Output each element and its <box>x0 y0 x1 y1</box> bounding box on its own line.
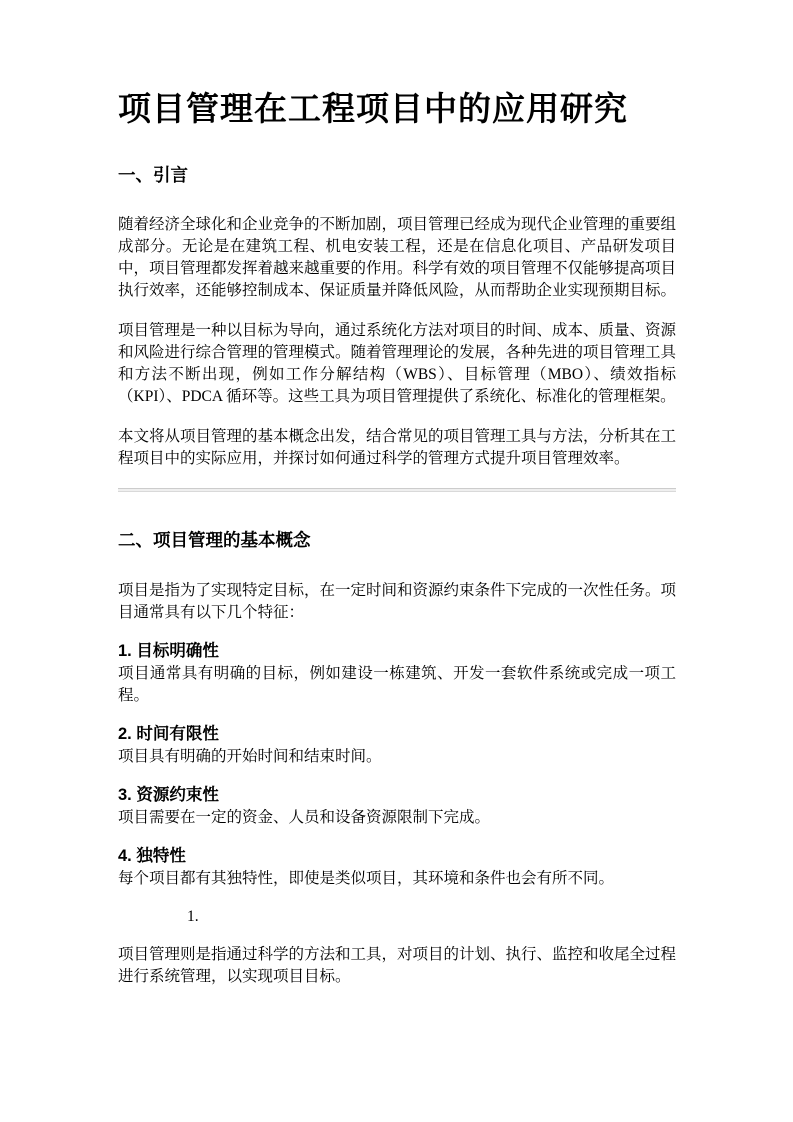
document-page: 项目管理在工程项目中的应用研究 一、引言 随着经济全球化和企业竞争的不断加剧，项… <box>0 0 793 1122</box>
feature-text-2: 项目具有明确的开始时间和结束时间。 <box>118 748 382 765</box>
document-title: 项目管理在工程项目中的应用研究 <box>118 89 676 132</box>
intro-paragraph-3: 本文将从项目管理的基本概念出发，结合常见的项目管理工具与方法，分析其在工程项目中… <box>118 426 676 470</box>
feature-text-1: 项目通常具有明确的目标，例如建设一栋建筑、开发一套软件系统或完成一项工程。 <box>118 665 676 704</box>
concepts-intro-paragraph: 项目是指为了实现特定目标，在一定时间和资源约束条件下完成的一次性任务。项目通常具… <box>118 580 676 624</box>
closing-paragraph: 项目管理则是指通过科学的方法和工具，对项目的计划、执行、监控和收尾全过程进行系统… <box>118 944 676 988</box>
feature-item-2: 2. 时间有限性 项目具有明确的开始时间和结束时间。 <box>118 723 676 768</box>
feature-label-2: 2. 时间有限性 <box>118 725 219 743</box>
intro-paragraph-1: 随着经济全球化和企业竞争的不断加剧，项目管理已经成为现代企业管理的重要组成部分。… <box>118 214 676 302</box>
feature-item-1: 1. 目标明确性 项目通常具有明确的目标，例如建设一栋建筑、开发一套软件系统或完… <box>118 640 676 707</box>
feature-label-4: 4. 独特性 <box>118 847 186 865</box>
feature-label-3: 3. 资源约束性 <box>118 786 219 804</box>
intro-paragraph-2: 项目管理是一种以目标为导向，通过系统化方法对项目的时间、成本、质量、资源和风险进… <box>118 320 676 408</box>
section-divider <box>118 488 676 492</box>
section-heading-concepts: 二、项目管理的基本概念 <box>118 528 676 552</box>
feature-item-4: 4. 独特性 每个项目都有其独特性，即使是类似项目，其环境和条件也会有所不同。 <box>118 845 676 890</box>
feature-text-4: 每个项目都有其独特性，即使是类似项目，其环境和条件也会有所不同。 <box>118 870 614 887</box>
document-content: 项目管理在工程项目中的应用研究 一、引言 随着经济全球化和企业竞争的不断加剧，项… <box>0 0 676 988</box>
empty-ordered-list-marker: 1. <box>187 906 676 928</box>
feature-text-3: 项目需要在一定的资金、人员和设备资源限制下完成。 <box>118 809 490 826</box>
section-heading-introduction: 一、引言 <box>118 163 676 187</box>
feature-label-1: 1. 目标明确性 <box>118 642 219 660</box>
feature-item-3: 3. 资源约束性 项目需要在一定的资金、人员和设备资源限制下完成。 <box>118 784 676 829</box>
